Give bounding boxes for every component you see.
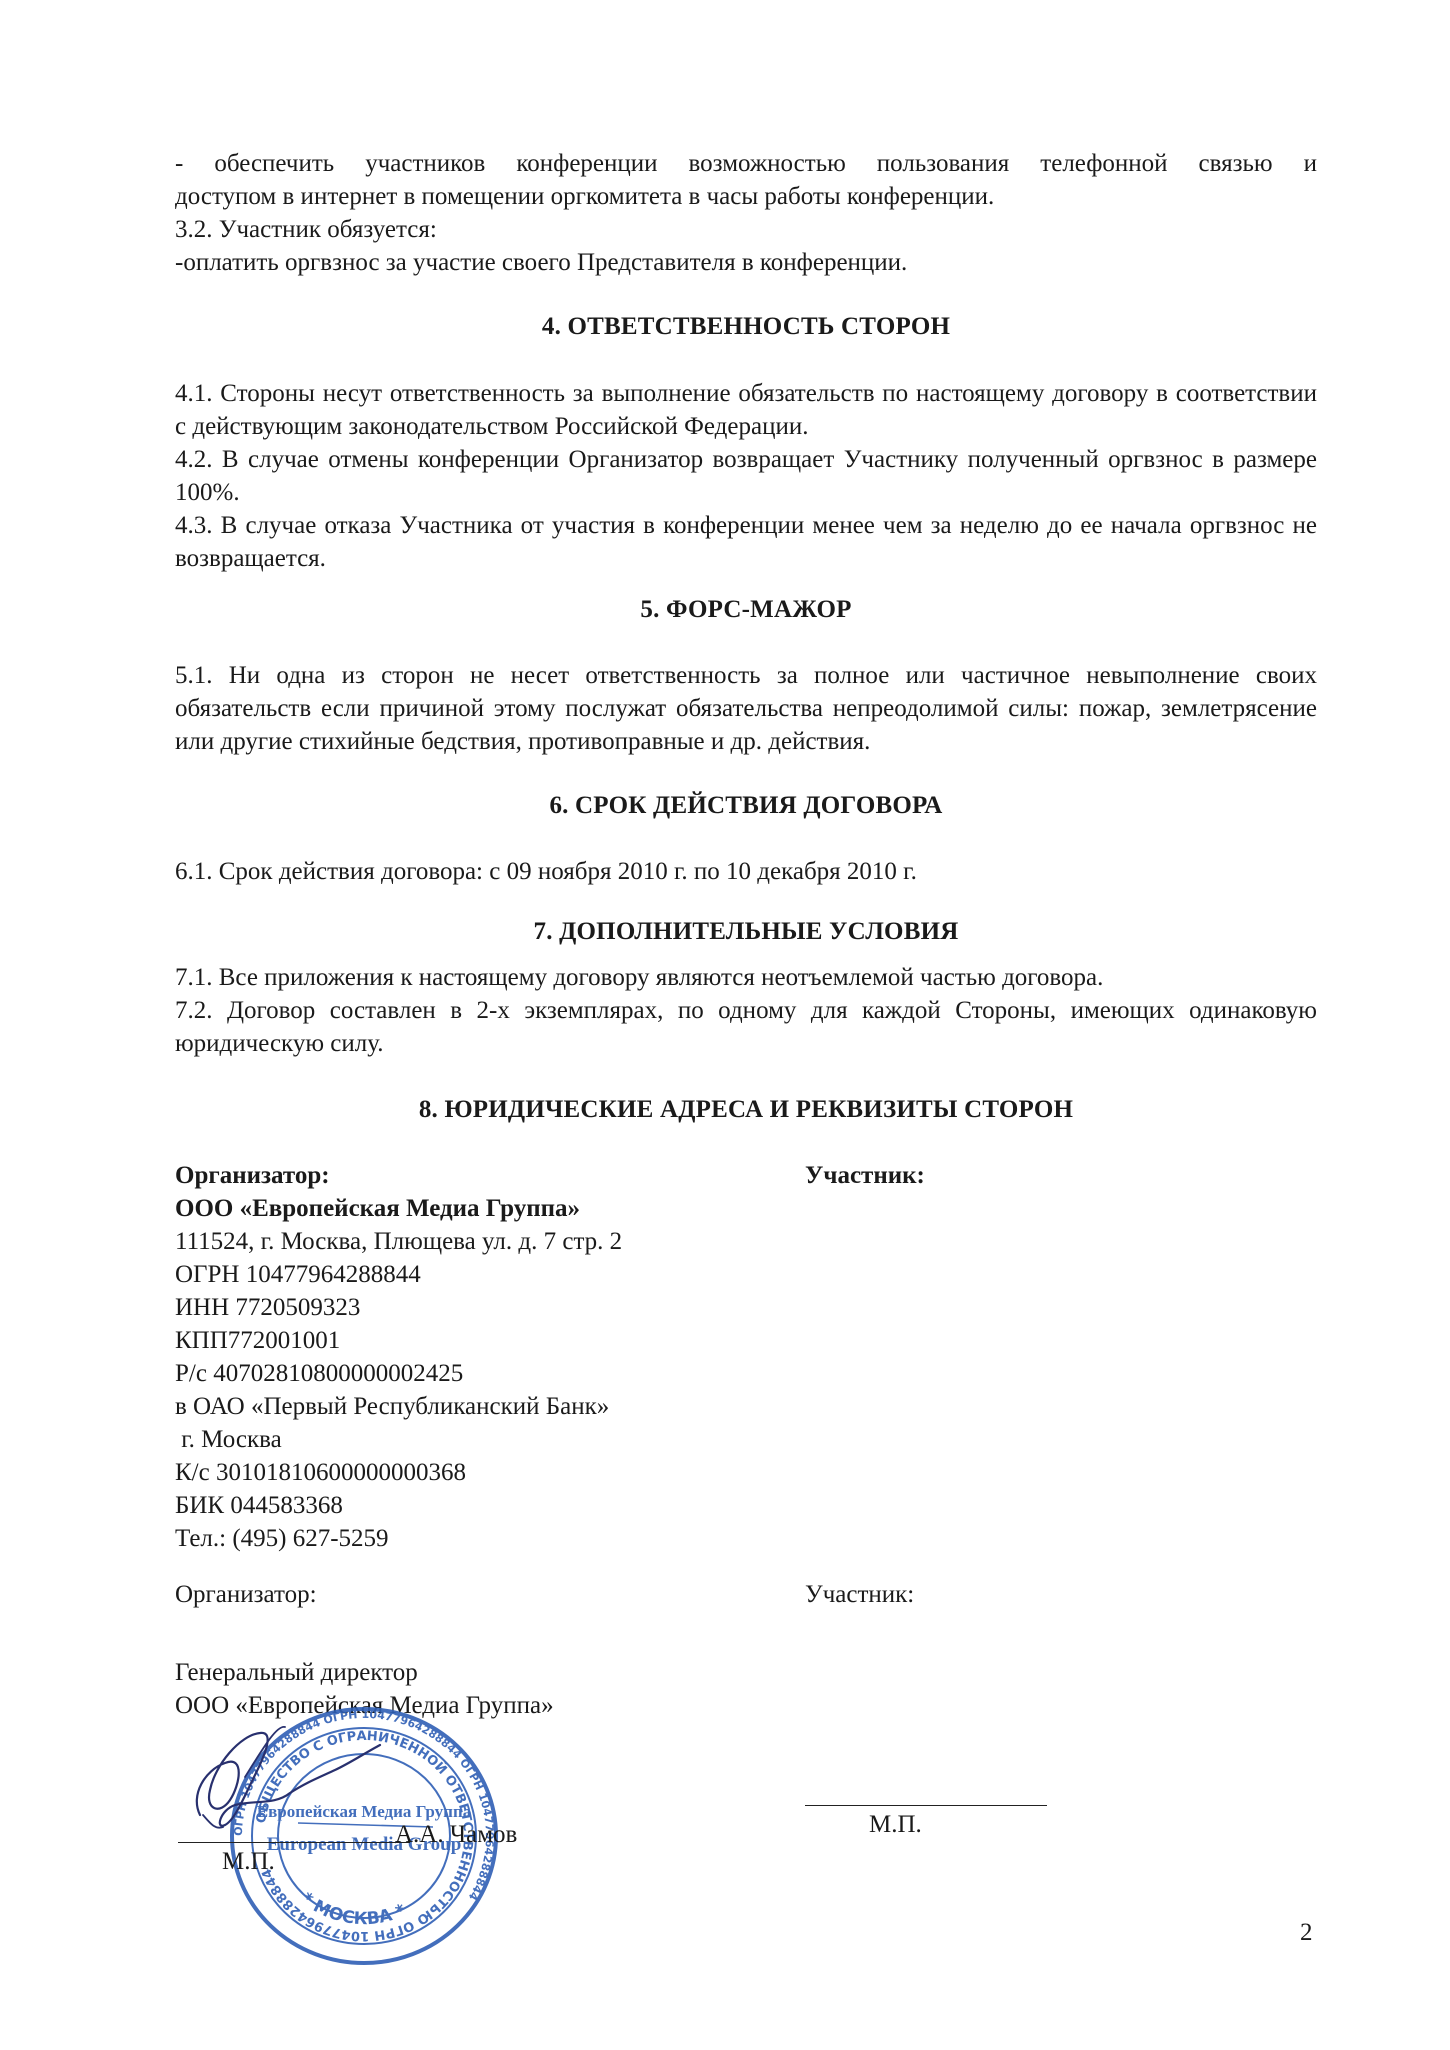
clause-5-1: 5.1. Ни одна из сторон не несет ответств… <box>175 659 1317 758</box>
clause-7-1: 7.1. Все приложения к настоящему договор… <box>175 961 1103 994</box>
organizer-signature-line <box>178 1842 410 1843</box>
handwritten-signature <box>185 1715 415 1855</box>
clause-7-2: 7.2. Договор составлен в 2-х экземплярах… <box>175 994 1317 1060</box>
signature-organizer-label: Организатор: <box>175 1578 317 1611</box>
clause-3-2-item: -оплатить оргвзнос за участие своего Пре… <box>175 246 907 279</box>
organizer-phone: Тел.: (495) 627-5259 <box>175 1522 389 1555</box>
organizer-signatory-name: А.А. Чамов <box>395 1818 517 1851</box>
organizer-name: ООО «Европейская Медиа Группа» <box>175 1192 580 1225</box>
section-6-heading: 6. СРОК ДЕЙСТВИЯ ДОГОВОРА <box>175 789 1317 822</box>
section-7-heading: 7. ДОПОЛНИТЕЛЬНЫЕ УСЛОВИЯ <box>175 915 1317 948</box>
participant-label: Участник: <box>805 1159 925 1192</box>
section-8-heading: 8. ЮРИДИЧЕСКИЕ АДРЕСА И РЕКВИЗИТЫ СТОРОН <box>175 1093 1317 1126</box>
section-5-heading: 5. ФОРС-МАЖОР <box>175 593 1317 626</box>
clause-6-1: 6.1. Срок действия договора: с 09 ноября… <box>175 855 917 888</box>
organizer-bik: БИК 044583368 <box>175 1489 343 1522</box>
organizer-bank: в ОАО «Первый Республиканский Банк» <box>175 1390 609 1423</box>
clause-3-1-bullet: - обеспечить участников конференции возм… <box>175 147 1317 180</box>
organizer-address: 111524, г. Москва, Плющева ул. д. 7 стр.… <box>175 1225 622 1258</box>
signature-participant-label: Участник: <box>805 1578 914 1611</box>
organizer-ogrn: ОГРН 10477964288844 <box>175 1258 421 1291</box>
organizer-seal-place: М.П. <box>222 1845 275 1878</box>
page-number: 2 <box>1300 1918 1313 1948</box>
organizer-label: Организатор: <box>175 1159 330 1192</box>
bullet-line-1: - обеспечить участников конференции возм… <box>175 150 1317 177</box>
clause-4-3: 4.3. В случае отказа Участника от участи… <box>175 509 1317 575</box>
organizer-bank-city: г. Москва <box>175 1423 282 1456</box>
clause-3-2: 3.2. Участник обязуется: <box>175 213 437 246</box>
organizer-kpp: КПП772001001 <box>175 1324 340 1357</box>
organizer-settlement-account: Р/с 40702810800000002425 <box>175 1357 463 1390</box>
clause-3-1-bullet-continued: доступом в интернет в помещении оргкомит… <box>175 180 994 213</box>
participant-seal-place: М.П. <box>869 1808 922 1841</box>
organizer-correspondent-account: К/с 30101810600000000368 <box>175 1456 466 1489</box>
organizer-position: Генеральный директор <box>175 1656 418 1689</box>
document-page: - обеспечить участников конференции возм… <box>0 0 1450 2050</box>
participant-signature-line <box>805 1805 1047 1806</box>
clause-4-1: 4.1. Стороны несут ответственность за вы… <box>175 377 1317 443</box>
section-4-heading: 4. ОТВЕТСТВЕННОСТЬ СТОРОН <box>175 310 1317 343</box>
organizer-inn: ИНН 7720509323 <box>175 1291 360 1324</box>
clause-4-2: 4.2. В случае отмены конференции Организ… <box>175 443 1317 509</box>
